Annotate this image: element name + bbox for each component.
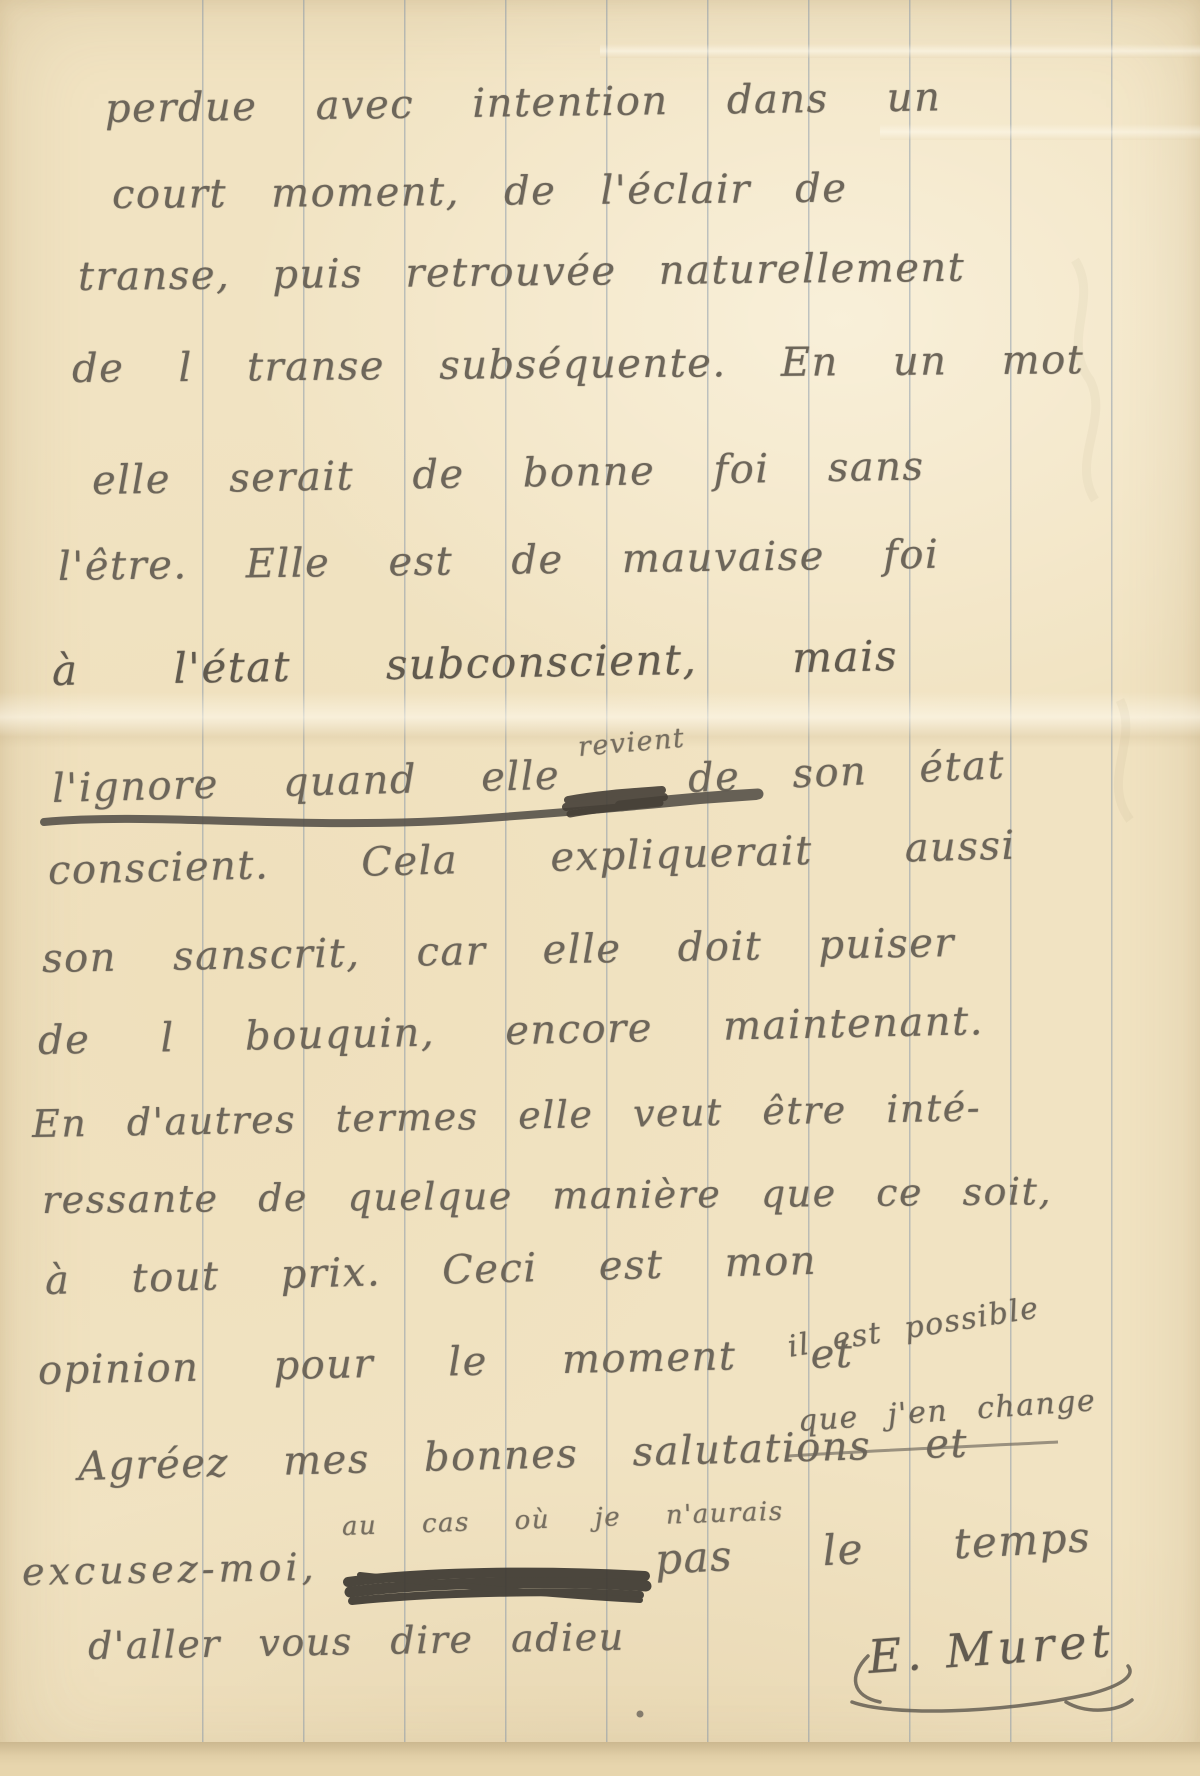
ink-showthrough xyxy=(1075,260,1130,820)
signature-flourish xyxy=(852,1656,1132,1711)
strikethrough-scribble-small xyxy=(566,790,664,814)
letter-page: perdue avec intention dans un court mome… xyxy=(0,0,1200,1776)
period-dot xyxy=(637,1711,644,1718)
paper-bottom-edge xyxy=(0,1742,1200,1776)
note-underline-stroke xyxy=(788,1442,1058,1456)
strikethrough-scribble-large xyxy=(348,1573,646,1601)
pencil-strokes-overlay xyxy=(0,0,1200,1776)
